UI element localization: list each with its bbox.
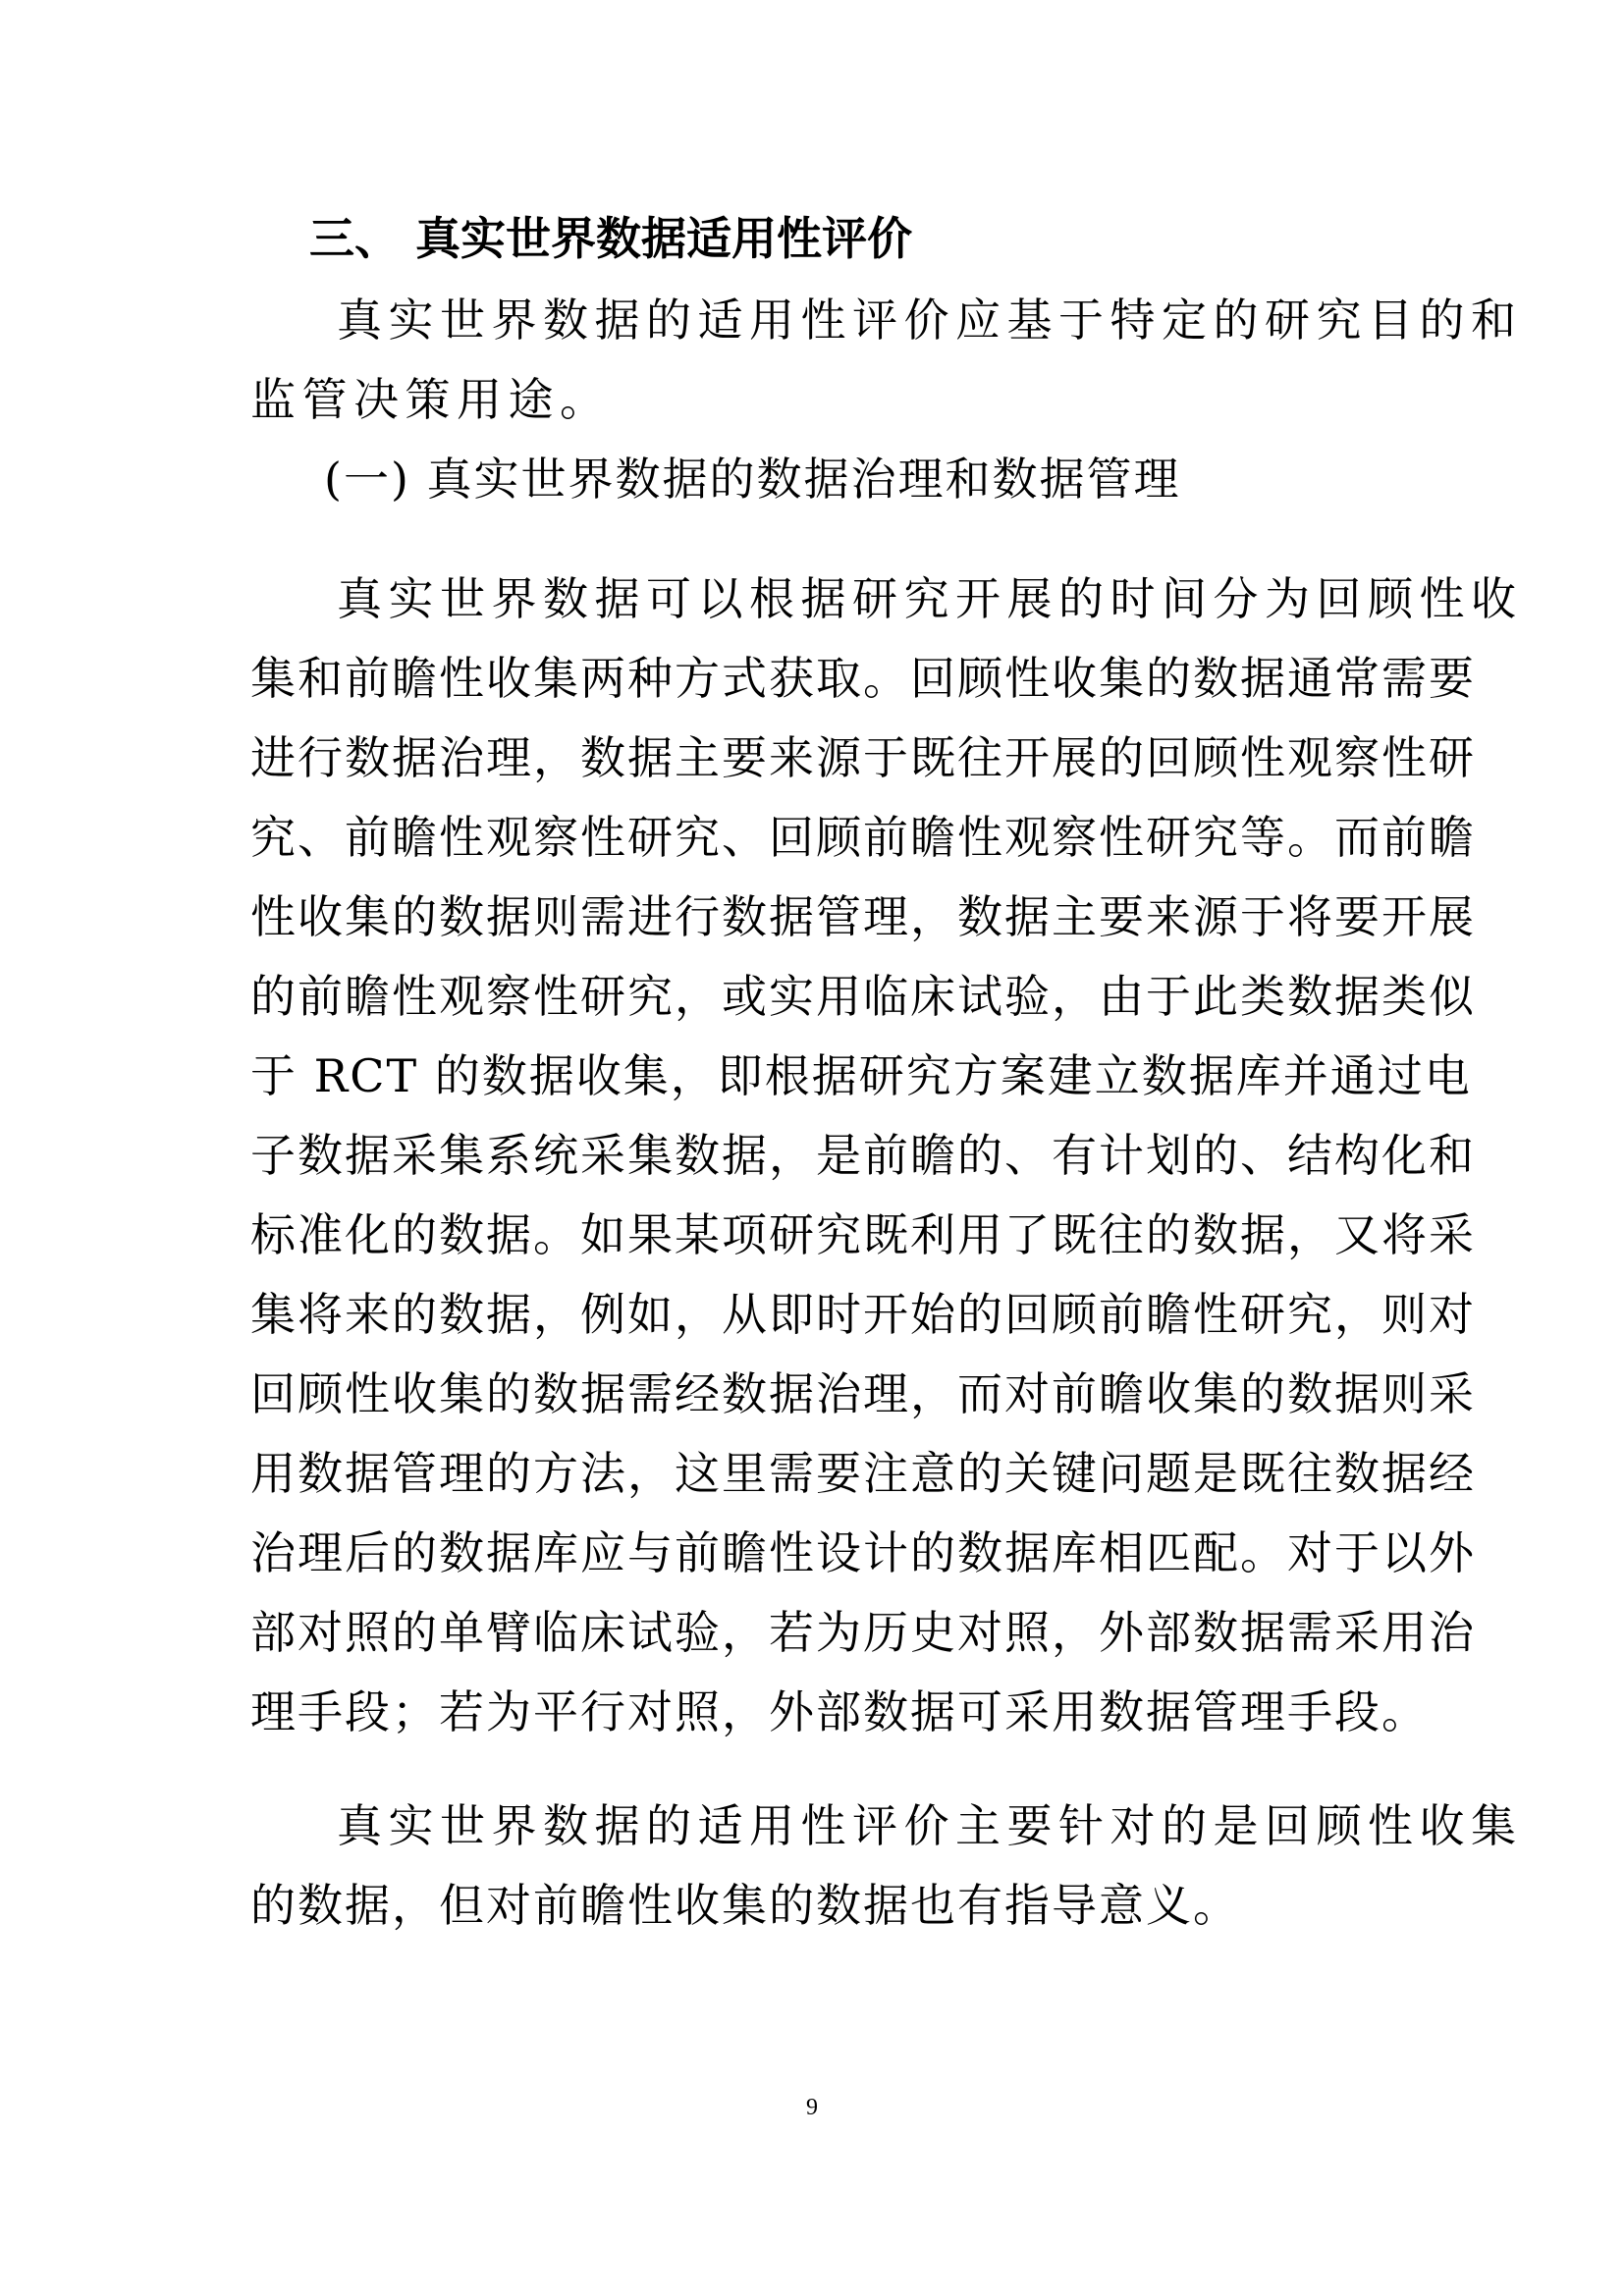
paragraph-line: 的数据，但对前瞻性收集的数据也有指导意义。: [250, 1876, 1380, 1935]
paragraph-line: 理手段；若为平行对照，外部数据可采用数据管理手段。: [250, 1682, 1380, 1741]
paragraph-line: 真实世界数据可以根据研究开展的时间分为回顾性收: [337, 569, 1380, 628]
section-heading: 三、 真实世界数据适用性评价: [309, 209, 1352, 268]
paragraph-line: 回顾性收集的数据需经数据治理，而对前瞻收集的数据则采: [250, 1364, 1380, 1423]
page-number: 9: [0, 2093, 1624, 2122]
paragraph-line: 进行数据治理，数据主要来源于既往开展的回顾性观察性研: [250, 728, 1380, 787]
paragraph-line: 标准化的数据。如果某项研究既利用了既往的数据，又将采: [250, 1205, 1380, 1264]
paragraph-line: 子数据采集系统采集数据，是前瞻的、有计划的、结构化和: [250, 1126, 1380, 1185]
paragraph-line: 性收集的数据则需进行数据管理，数据主要来源于将要开展: [250, 887, 1380, 946]
document-page: 三、 真实世界数据适用性评价 真实世界数据的适用性评价应基于特定的研究目的和 监…: [0, 0, 1624, 2296]
paragraph-line: 监管决策用途。: [250, 370, 1380, 429]
paragraph-line: 集和前瞻性收集两种方式获取。回顾性收集的数据通常需要: [250, 649, 1380, 708]
paragraph-line: 集将来的数据，例如，从即时开始的回顾前瞻性研究，则对: [250, 1285, 1380, 1344]
paragraph-line: 于 RCT 的数据收集，即根据研究方案建立数据库并通过电: [250, 1046, 1380, 1105]
paragraph-line: 部对照的单臂临床试验，若为历史对照，外部数据需采用治: [250, 1603, 1380, 1662]
paragraph-line: 真实世界数据的适用性评价主要针对的是回顾性收集: [337, 1796, 1380, 1855]
paragraph-line: 治理后的数据库应与前瞻性设计的数据库相匹配。对于以外: [250, 1523, 1380, 1582]
paragraph-line: 真实世界数据的适用性评价应基于特定的研究目的和: [337, 291, 1380, 349]
paragraph-line: 究、前瞻性观察性研究、回顾前瞻性观察性研究等。而前瞻: [250, 808, 1380, 867]
paragraph-line: 的前瞻性观察性研究，或实用临床试验，由于此类数据类似: [250, 967, 1380, 1026]
paragraph-line: 用数据管理的方法，这里需要注意的关键问题是既往数据经: [250, 1444, 1380, 1503]
subsection-heading: (一) 真实世界数据的数据治理和数据管理: [324, 450, 1367, 508]
